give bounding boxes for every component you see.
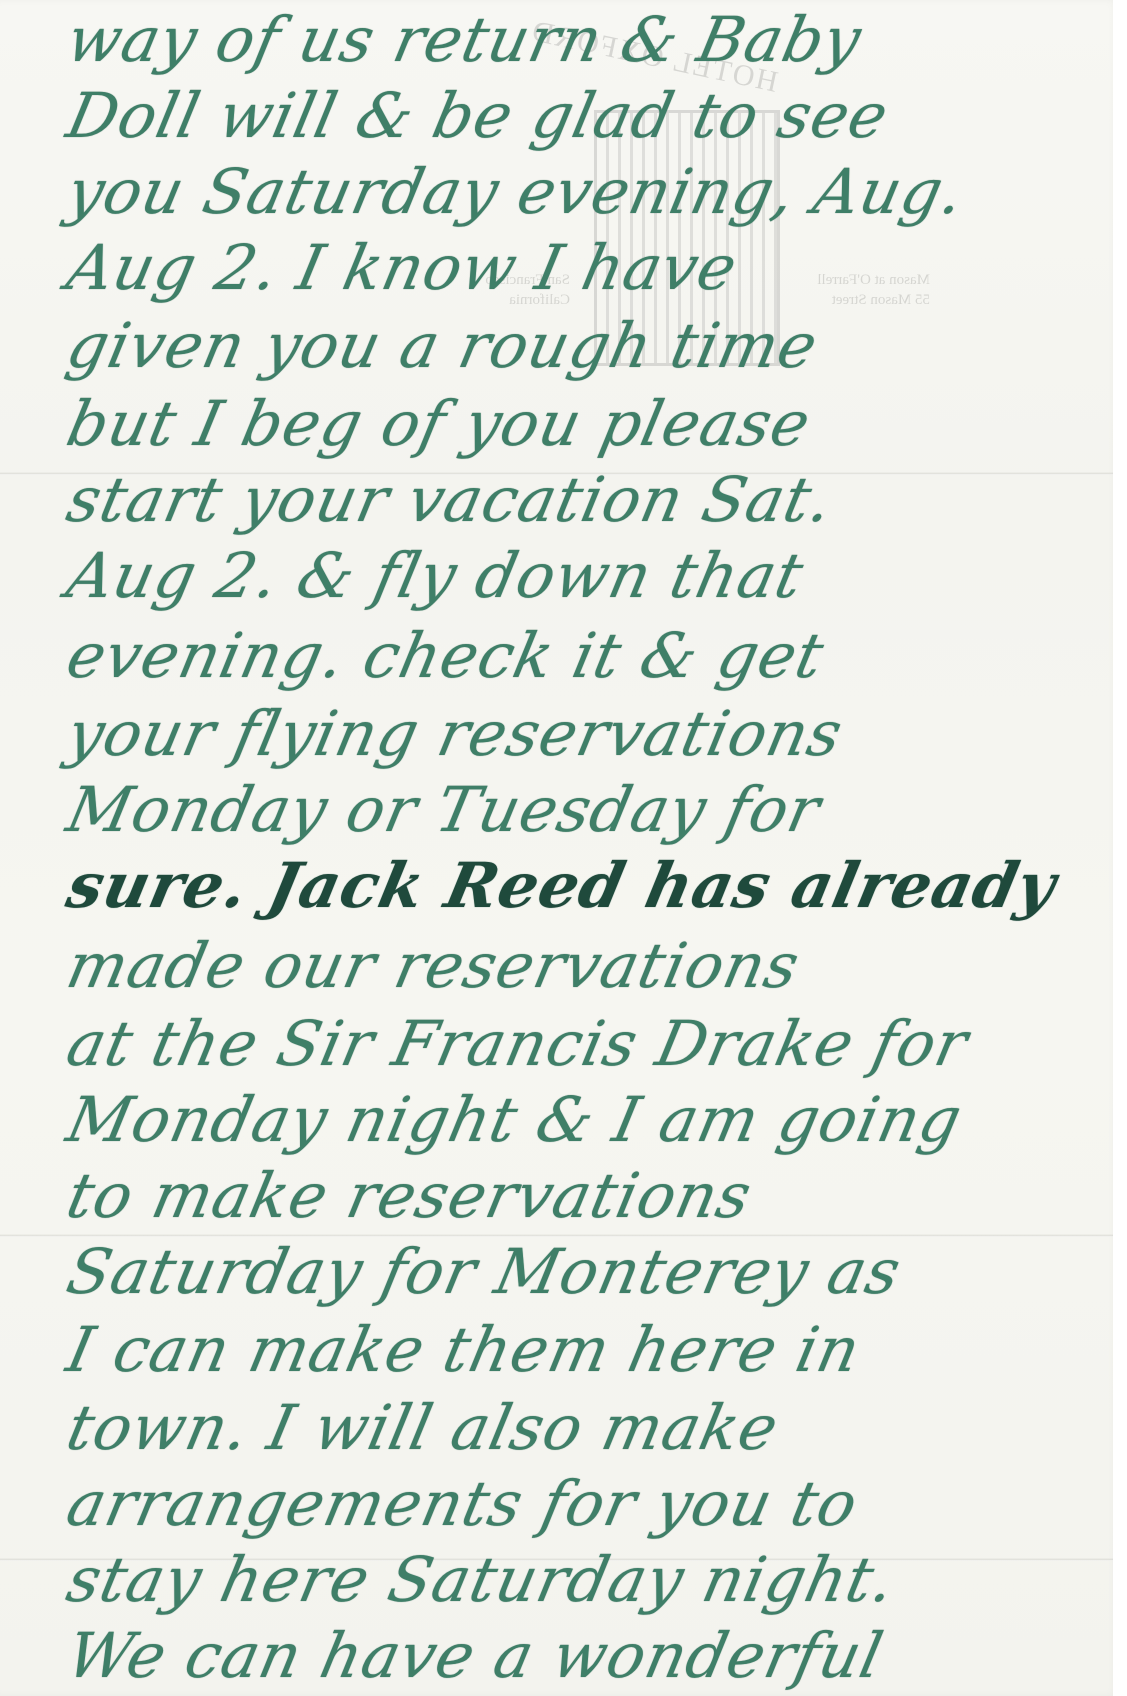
letter-line-12: sure. Jack Reed has already xyxy=(60,846,1064,926)
letter-line-20: arrangements for you to xyxy=(60,1464,865,1544)
letter-paper: HOTEL OXFORD Mason at O'Farrell 55 Mason… xyxy=(0,0,1120,1696)
letter-line-14: at the Sir Francis Drake for xyxy=(60,1004,975,1084)
letter-line-7: start your vacation Sat. xyxy=(60,460,840,540)
letter-line-19: town. I will also make xyxy=(60,1388,786,1468)
letter-line-10: your flying reservations xyxy=(60,694,850,774)
letter-line-4: Aug 2. I know I have xyxy=(60,228,745,308)
letter-line-2: Doll will & be glad to see xyxy=(60,76,896,156)
letter-line-15: Monday night & I am going xyxy=(60,1080,969,1160)
letter-line-22: We can have a wonderful xyxy=(60,1616,890,1696)
letter-line-16: to make reservations xyxy=(60,1156,759,1236)
letter-line-13: made our reservations xyxy=(60,926,807,1006)
letter-line-11: Monday or Tuesday for xyxy=(60,770,828,850)
letter-line-18: I can make them here in xyxy=(60,1310,868,1390)
letter-line-6: but I beg of you please xyxy=(60,384,818,464)
letter-line-3: you Saturday evening, Aug. xyxy=(60,152,972,232)
letter-line-8: Aug 2. & fly down that xyxy=(60,536,811,616)
letter-line-9: evening. check it & get xyxy=(60,616,831,696)
letterhead-address-left: Mason at O'Farrell 55 Mason Street xyxy=(800,270,930,310)
letter-line-21: stay here Saturday night. xyxy=(60,1540,902,1620)
scan-border xyxy=(1113,0,1120,1696)
letter-line-5: given you a rough time xyxy=(60,306,825,386)
letter-line-1: way of us return & Baby xyxy=(60,0,869,80)
letter-line-17: Saturday for Monterey as xyxy=(60,1232,908,1312)
